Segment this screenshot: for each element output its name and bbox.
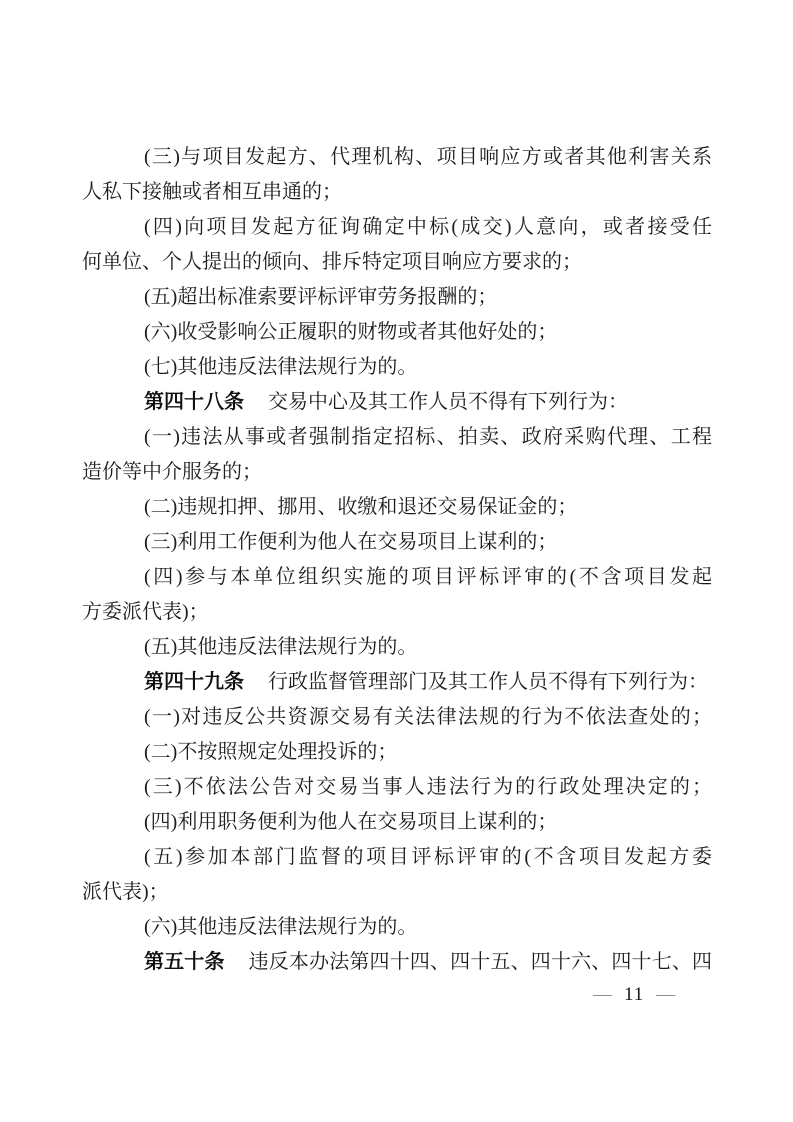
text-line: 何单位、个人提出的倾向、排斥特定项目响应方要求的； <box>82 245 712 280</box>
text-line: (四)利用职务便利为他人在交易项目上谋利的； <box>82 805 712 840</box>
text-line: (三)与项目发起方、代理机构、项目响应方或者其他利害关系 <box>82 140 712 175</box>
article-number: 第五十条 <box>144 951 225 973</box>
text-line: (七)其他违反法律法规行为的。 <box>82 350 712 385</box>
footer-dash-left: — <box>593 984 612 1006</box>
text-line: (三)不依法公告对交易当事人违法行为的行政处理决定的； <box>82 770 712 805</box>
text-line: (六)收受影响公正履职的财物或者其他好处的； <box>82 315 712 350</box>
page-footer: — 11 — <box>593 984 675 1006</box>
text-line: (六)其他违反法律法规行为的。 <box>82 910 712 945</box>
text-line: (一)对违反公共资源交易有关法律法规的行为不依法查处的； <box>82 700 712 735</box>
footer-dash-right: — <box>656 984 675 1006</box>
article-number: 第四十八条 <box>144 391 244 413</box>
text-line: (二)违规扣押、挪用、收缴和退还交易保证金的； <box>82 490 712 525</box>
text-line: (二)不按照规定处理投诉的； <box>82 735 712 770</box>
text-line: (五)参加本部门监督的项目评标评审的(不含项目发起方委 <box>82 840 712 875</box>
text-line: (五)超出标准索要评标评审劳务报酬的； <box>82 280 712 315</box>
text-line: (四)参与本单位组织实施的项目评标评审的(不含项目发起 <box>82 560 712 595</box>
page-number: 11 <box>624 984 644 1006</box>
text-line: (一)违法从事或者强制指定招标、拍卖、政府采购代理、工程 <box>82 420 712 455</box>
text-line: 第四十八条交易中心及其工作人员不得有下列行为： <box>82 385 712 420</box>
document-body: (三)与项目发起方、代理机构、项目响应方或者其他利害关系人私下接触或者相互串通的… <box>82 140 712 980</box>
text-line: 第四十九条行政监督管理部门及其工作人员不得有下列行为： <box>82 665 712 700</box>
text-line: (五)其他违反法律法规行为的。 <box>82 630 712 665</box>
article-number: 第四十九条 <box>144 671 244 693</box>
text-line: (四)向项目发起方征询确定中标(成交)人意向，或者接受任 <box>82 210 712 245</box>
text-line: 第五十条违反本办法第四十四、四十五、四十六、四十七、四 <box>82 945 712 980</box>
text-line: 造价等中介服务的； <box>82 455 712 490</box>
text-line: 派代表)； <box>82 875 712 910</box>
text-line: 方委派代表)； <box>82 595 712 630</box>
text-line: 人私下接触或者相互串通的； <box>82 175 712 210</box>
text-line: (三)利用工作便利为他人在交易项目上谋利的； <box>82 525 712 560</box>
